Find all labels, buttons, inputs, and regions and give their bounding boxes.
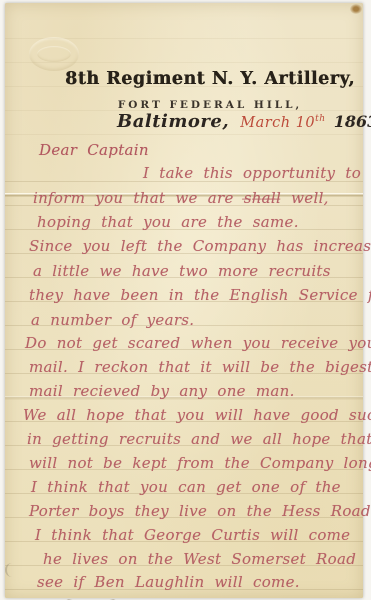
handwritten-line: hoping that you are the same. [37,213,299,231]
handwritten-line: I take this opportunity to [143,164,361,182]
salutation: Dear Captain [39,141,149,159]
handwritten-line: they have been in the English Service fo… [29,286,371,304]
city-printed: Baltimore, [117,111,229,132]
fort-subtitle: FORT FEDERAL HILL, [5,99,363,111]
handwritten-line: We all hope that you will have good succ… [23,406,371,424]
handwritten-line: in getting recruits and we all hope that… [27,430,371,448]
margin-smudge [5,563,19,577]
foxing-spot [350,4,362,14]
letter-paper: 8th Regiment N. Y. Artillery, FORT FEDER… [5,3,363,598]
handwritten-line: Do not get scared when you receive your [25,334,371,352]
date-handwritten: March 10th [240,115,325,131]
handwritten-line: Porter boys they live on the Hess Road [29,502,371,520]
regiment-title: 8th Regiment N. Y. Artillery, [5,69,363,89]
handwritten-line: I think that George Curtis will come [35,526,350,544]
year: 1863. [334,112,371,131]
dateline: Baltimore, March 10th 1863. [117,111,371,132]
handwritten-line: Since you left the Company has increase [29,237,371,255]
handwritten-line: mail recieved by any one man. [29,382,295,400]
handwritten-line: he lives on the West Somerset Road [43,550,356,568]
handwritten-line: mail. I reckon that it will be the biges… [29,358,371,376]
embossed-seal [29,37,79,71]
handwritten-line: see if Ben Laughlin will come. [37,573,300,591]
handwritten-line: inform you that we are s̶h̶a̶l̶l̶ well, [33,189,329,207]
handwritten-line: will not be kept from the Company long. [29,454,371,472]
handwritten-line: a little we have two more recruits [33,262,331,280]
scanned-letter: 8th Regiment N. Y. Artillery, FORT FEDER… [0,0,371,600]
handwritten-line: a number of years. [31,311,194,329]
handwritten-line: I think that you can get one of the [31,478,341,496]
